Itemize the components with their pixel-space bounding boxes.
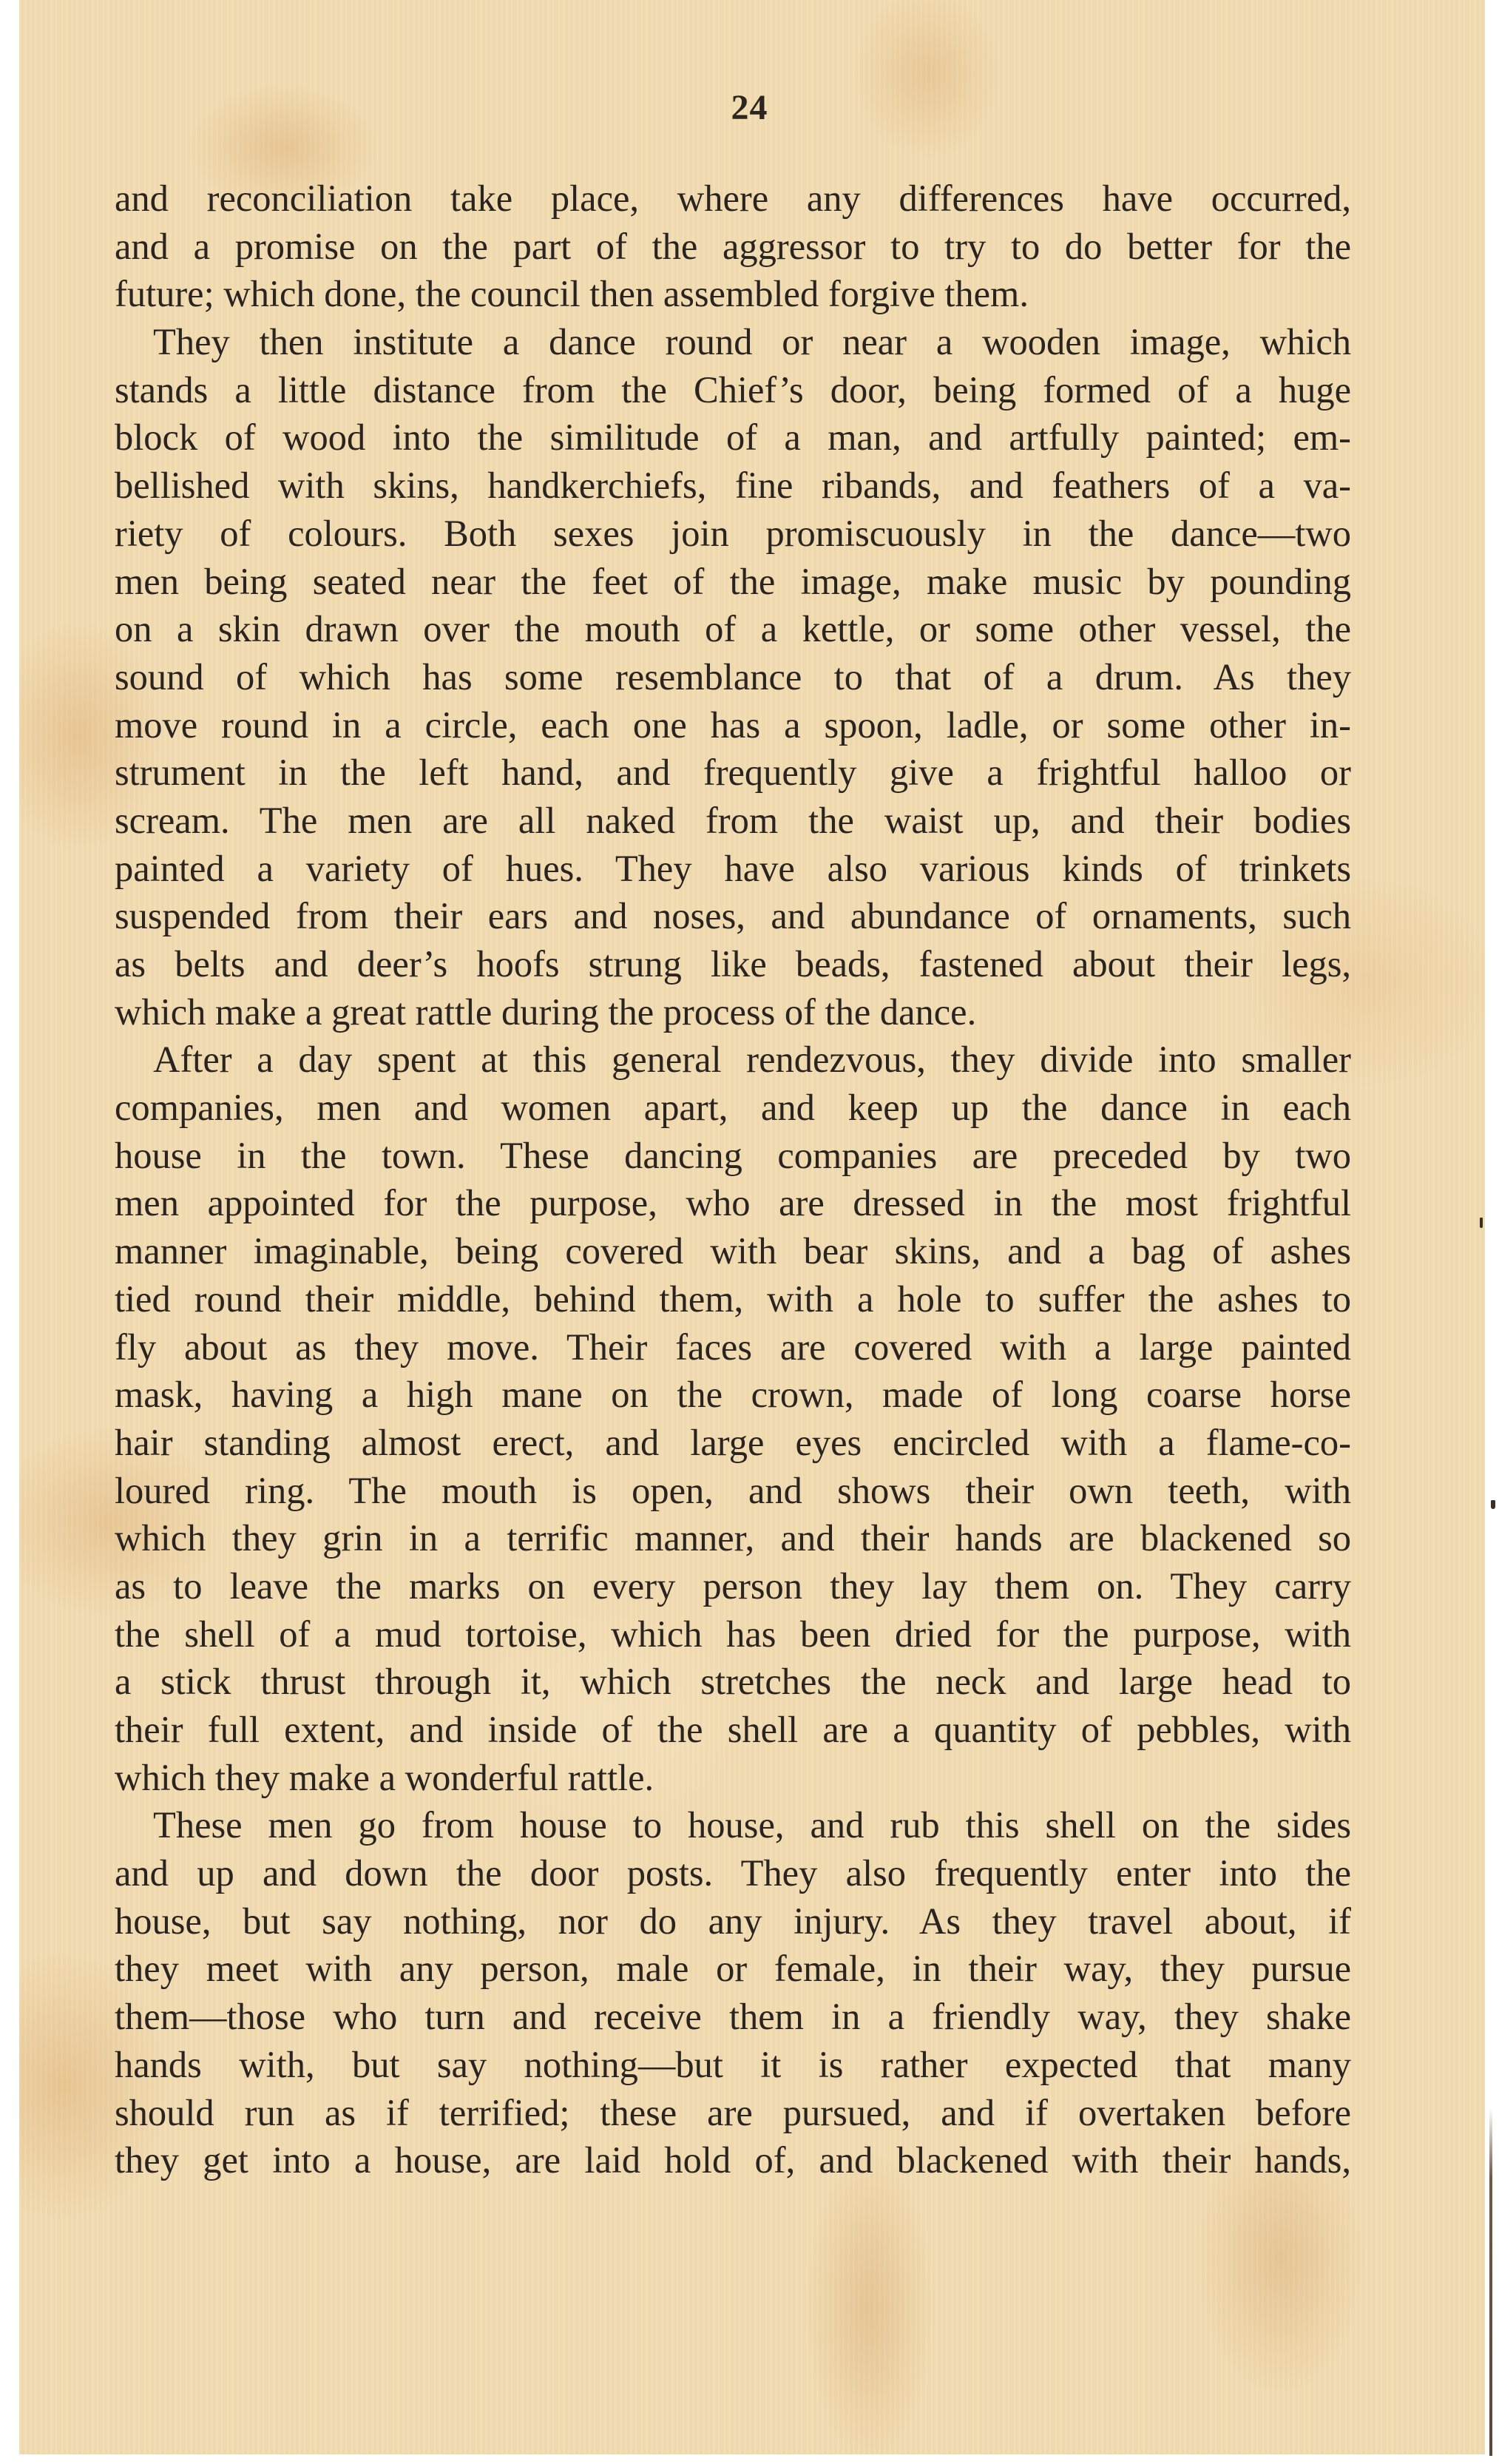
text-line: strument in the left hand, and frequentl… (115, 749, 1351, 797)
text-line: their full extent, and inside of the she… (115, 1706, 1351, 1754)
text-line: block of wood into the similitude of a m… (115, 414, 1351, 462)
text-line: future; which done, the council then ass… (115, 270, 1351, 318)
text-line: which they grin in a terrific manner, an… (115, 1514, 1351, 1562)
text-line: bellished with skins, handkerchiefs, fin… (115, 462, 1351, 510)
text-line: scream. The men are all naked from the w… (115, 797, 1351, 845)
text-line: manner imaginable, being covered with be… (115, 1227, 1351, 1275)
text-line: a stick thrust through it, which stretch… (115, 1658, 1351, 1706)
text-line: hair standing almost erect, and large ey… (115, 1419, 1351, 1467)
page-edge-shadow (1489, 2108, 1492, 2456)
text-line: men being seated near the feet of the im… (115, 558, 1351, 606)
text-line: and reconciliation take place, where any… (115, 175, 1351, 223)
text-line: and up and down the door posts. They als… (115, 1849, 1351, 1897)
text-line: fly about as they move. Their faces are … (115, 1323, 1351, 1371)
paragraph-first-line: After a day spent at this general rendez… (115, 1036, 1351, 1084)
text-line: as belts and deer’s hoofs strung like be… (115, 940, 1351, 988)
text-line: as to leave the marks on every person th… (115, 1562, 1351, 1610)
text-line: they meet with any person, male or femal… (115, 1945, 1351, 1993)
text-line: hands with, but say nothing—but it is ra… (115, 2041, 1351, 2089)
text-line: painted a variety of hues. They have als… (115, 845, 1351, 893)
text-line: sound of which has some resemblance to t… (115, 653, 1351, 701)
text-line: move round in a circle, each one has a s… (115, 701, 1351, 749)
text-line: men appointed for the purpose, who are d… (115, 1179, 1351, 1227)
text-line: companies, men and women apart, and keep… (115, 1084, 1351, 1132)
paragraph-first-line: These men go from house to house, and ru… (115, 1801, 1351, 1849)
text-line: they get into a house, are laid hold of,… (115, 2136, 1351, 2184)
text-line: loured ring. The mouth is open, and show… (115, 1467, 1351, 1515)
text-line: stands a little distance from the Chief’… (115, 366, 1351, 414)
ink-speck (1480, 1218, 1483, 1228)
text-line: which they make a wonderful rattle. (115, 1754, 1351, 1802)
text-line: mask, having a high mane on the crown, m… (115, 1371, 1351, 1419)
text-line: which make a great rattle during the pro… (115, 988, 1351, 1036)
text-line: suspended from their ears and noses, and… (115, 892, 1351, 940)
text-line: house, but say nothing, nor do any injur… (115, 1897, 1351, 1945)
text-line: and a promise on the part of the aggress… (115, 223, 1351, 271)
text-line: on a skin drawn over the mouth of a kett… (115, 605, 1351, 653)
ink-speck (1491, 1500, 1495, 1509)
text-line: tied round their middle, behind them, wi… (115, 1275, 1351, 1323)
text-line: riety of colours. Both sexes join promis… (115, 510, 1351, 558)
text-line: the shell of a mud tortoise, which has b… (115, 1610, 1351, 1658)
text-line: should run as if terrified; these are pu… (115, 2089, 1351, 2137)
text-line: them—those who turn and receive them in … (115, 1993, 1351, 2041)
paragraph-first-line: They then institute a dance round or nea… (115, 318, 1351, 366)
page-number: 24 (0, 87, 1499, 128)
text-line: house in the town. These dancing compani… (115, 1132, 1351, 1180)
body-text: and reconciliation take place, where any… (115, 175, 1351, 2184)
